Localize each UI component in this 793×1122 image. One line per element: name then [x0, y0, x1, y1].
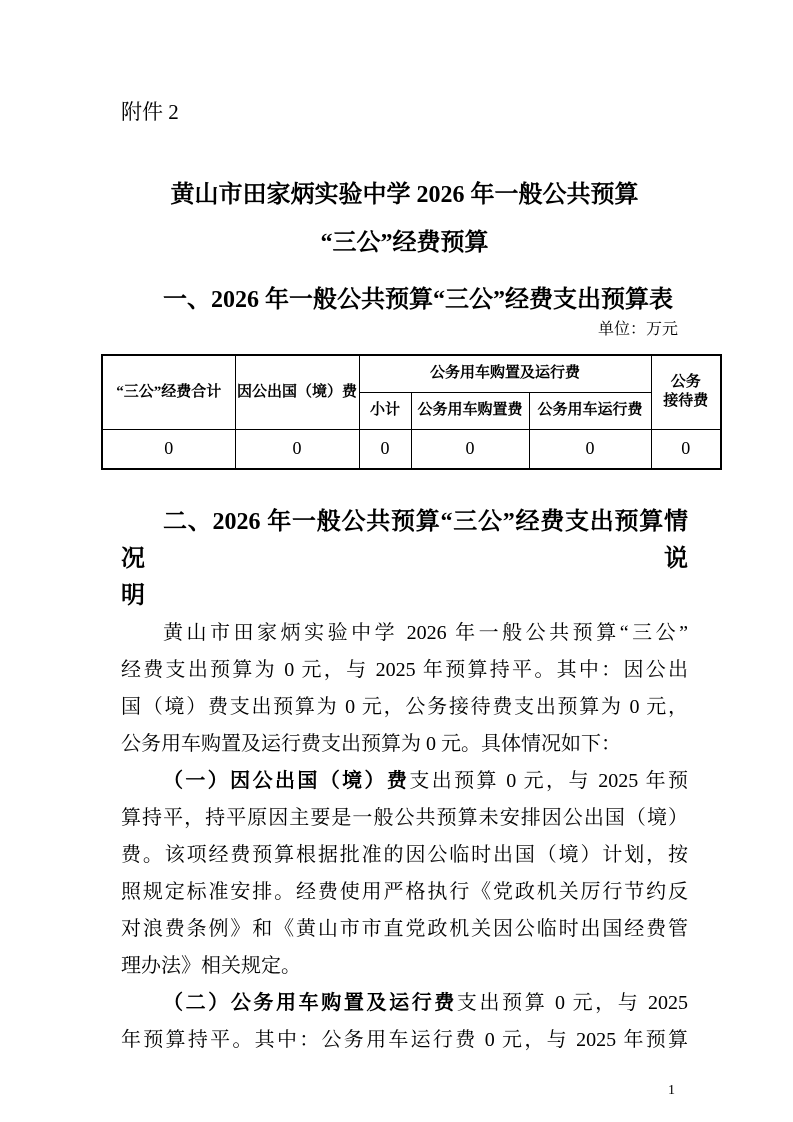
paragraph-3-lead-rest: 支出预算 0 元，与 2025	[457, 992, 688, 1014]
title-line-1: 黄山市田家炳实验中学 2026 年一般公共预算	[121, 171, 688, 219]
col-header-abroad: 因公出国（境）费	[235, 355, 359, 429]
page-number: 1	[121, 1082, 688, 1100]
document-title: 黄山市田家炳实验中学 2026 年一般公共预算 “三公”经费预算	[121, 171, 688, 267]
value-vehicle-purchase: 0	[411, 429, 529, 469]
col-header-reception-line-1: 公务	[652, 373, 721, 392]
section-2-heading: 二、2026 年一般公共预算“三公”经费支出预算情况说 明	[121, 504, 688, 615]
col-header-vehicle-group: 公务用车购置及运行费	[359, 355, 651, 392]
body-line: （一）因公出国（境）费支出预算 0 元，与 2025 年预	[121, 763, 688, 800]
value-vehicle-subtotal: 0	[359, 429, 411, 469]
attachment-label: 附件 2	[121, 100, 793, 124]
col-header-vehicle-operation: 公务用车运行费	[529, 392, 651, 429]
section-2-heading-line-2: 明	[121, 578, 688, 615]
section-2-heading-line-1: 二、2026 年一般公共预算“三公”经费支出预算情况说	[121, 504, 688, 578]
body-line: 公务用车购置及运行费支出预算为 0 元。具体情况如下：	[121, 726, 688, 763]
body-line: （二）公务用车购置及运行费支出预算 0 元，与 2025	[121, 985, 688, 1022]
col-header-reception: 公务 接待费	[651, 355, 721, 429]
paragraph-3-lead: （二）公务用车购置及运行费	[163, 992, 457, 1014]
body-line: 国（境）费支出预算为 0 元，公务接待费支出预算为 0 元，	[121, 689, 688, 726]
section-1-heading: 一、2026 年一般公共预算“三公”经费支出预算表	[121, 285, 688, 315]
table-value-row: 0 0 0 0 0 0	[102, 429, 721, 469]
body-line: 费。该项经费预算根据批准的因公临时出国（境）计划，按	[121, 837, 688, 874]
unit-note: 单位：万元	[121, 320, 688, 340]
table-header-row-1: “三公”经费合计 因公出国（境）费 公务用车购置及运行费 公务 接待费	[102, 355, 721, 392]
body-line: 经费支出预算为 0 元，与 2025 年预算持平。其中：因公出	[121, 652, 688, 689]
body-line: 对浪费条例》和《黄山市市直党政机关因公临时出国经费管	[121, 911, 688, 948]
body-line: 年预算持平。其中：公务用车运行费 0 元，与 2025 年预算	[121, 1022, 688, 1059]
value-reception: 0	[651, 429, 721, 469]
body-text: 黄山市田家炳实验中学 2026 年一般公共预算“三公” 经费支出预算为 0 元，…	[121, 615, 688, 1059]
title-line-2: “三公”经费预算	[121, 219, 688, 267]
col-header-reception-line-2: 接待费	[652, 392, 721, 411]
col-header-vehicle-subtotal: 小计	[359, 392, 411, 429]
col-header-total: “三公”经费合计	[102, 355, 235, 429]
paragraph-2-lead-rest: 支出预算 0 元，与 2025 年预	[409, 770, 688, 792]
document-page: 附件 2 黄山市田家炳实验中学 2026 年一般公共预算 “三公”经费预算 一、…	[0, 0, 793, 1122]
body-line: 理办法》相关规定。	[121, 948, 688, 985]
budget-table: “三公”经费合计 因公出国（境）费 公务用车购置及运行费 公务 接待费 小计 公…	[101, 354, 722, 470]
body-line: 算持平，持平原因主要是一般公共预算未安排因公出国（境）	[121, 800, 688, 837]
value-vehicle-operation: 0	[529, 429, 651, 469]
value-abroad: 0	[235, 429, 359, 469]
body-line: 照规定标准安排。经费使用严格执行《党政机关厉行节约反	[121, 874, 688, 911]
paragraph-2-lead: （一）因公出国（境）费	[163, 770, 409, 792]
value-total: 0	[102, 429, 235, 469]
col-header-vehicle-purchase: 公务用车购置费	[411, 392, 529, 429]
body-line: 黄山市田家炳实验中学 2026 年一般公共预算“三公”	[121, 615, 688, 652]
